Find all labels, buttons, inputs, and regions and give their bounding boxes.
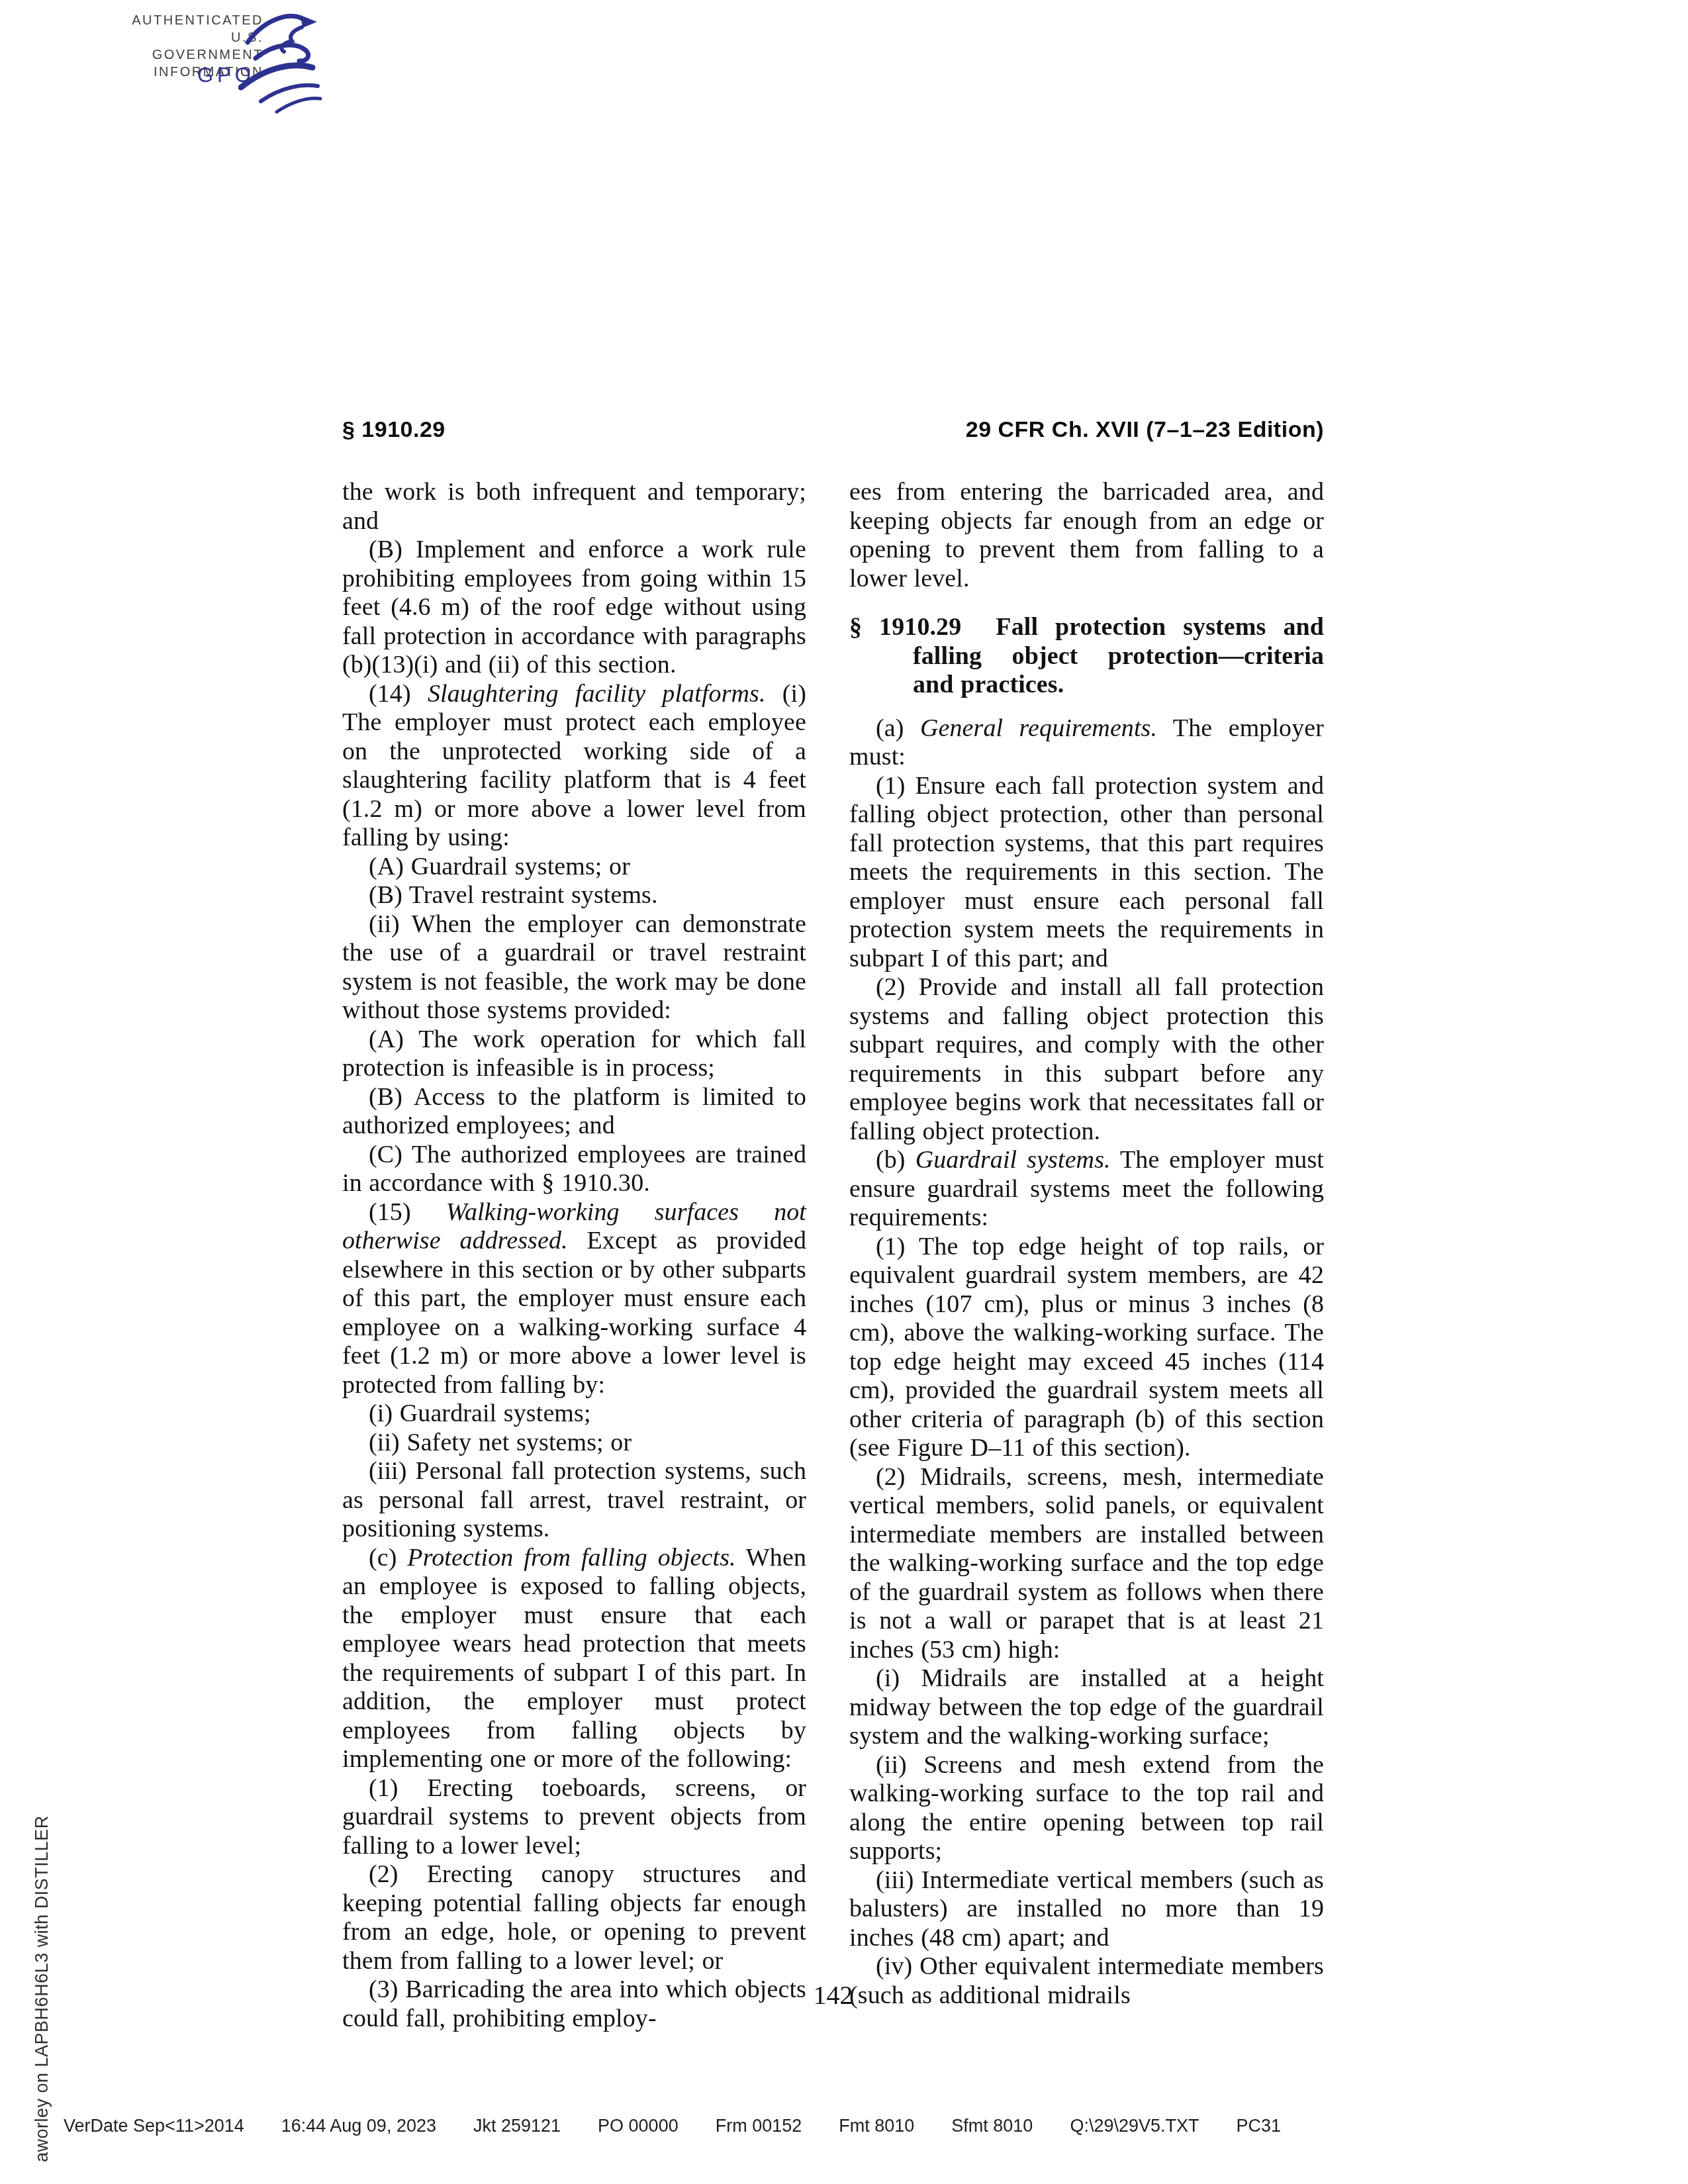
footer-item: Fmt 8010 (839, 2116, 914, 2136)
running-header: § 1910.29 29 CFR Ch. XVII (7–1–23 Editio… (342, 417, 1324, 443)
paragraph: (ii) Safety net systems; or (342, 1429, 806, 1458)
footer-item: PC31 (1236, 2116, 1281, 2136)
running-header-section: § 1910.29 (342, 417, 445, 443)
paragraph: (A) The work operation for which fall pr… (342, 1025, 806, 1083)
text-run: (A) Guardrail systems; or (369, 853, 630, 880)
text-run: (A) The work operation for which fall pr… (342, 1025, 806, 1082)
paragraph: (iii) Intermediate vertical members (suc… (849, 1866, 1324, 1953)
paragraph: (i) Guardrail systems; (342, 1400, 806, 1429)
footer-imprint: VerDate Sep<11>201416:44 Aug 09, 2023Jkt… (64, 2116, 1281, 2136)
text-run: (2) Midrails, screens, mesh, intermediat… (849, 1463, 1324, 1664)
running-header-edition: 29 CFR Ch. XVII (7–1–23 Edition) (966, 417, 1324, 443)
text-run: (B) Access to the platform is limited to… (342, 1083, 806, 1140)
paragraph: (14) Slaughtering facility platforms. (i… (342, 680, 806, 853)
right-column: ees from entering the barricaded area, a… (849, 478, 1324, 2033)
sidebar-vertical-text: aworley on LAPBH6H6L3 with DISTILLER (32, 1815, 52, 2162)
paragraph: (2) Provide and install all fall protect… (849, 973, 1324, 1146)
text-run: (14) (369, 680, 428, 708)
paragraph: (a) General requirements. The employer m… (849, 714, 1324, 772)
paragraph: (B) Travel restraint systems. (342, 881, 806, 910)
paragraph: (i) Midrails are installed at a height m… (849, 1664, 1324, 1751)
text-run: (c) (369, 1544, 407, 1572)
paragraph: (iii) Personal fall protection systems, … (342, 1457, 806, 1544)
paragraph: (1) The top edge height of top rails, or… (849, 1233, 1324, 1463)
text-run: (ii) When the employer can demonstrate t… (342, 910, 806, 1025)
italic-run: Slaughtering facility platforms. (428, 680, 766, 708)
footer-item: 16:44 Aug 09, 2023 (281, 2116, 436, 2136)
text-run: (iii) Personal fall protection systems, … (342, 1457, 806, 1543)
paragraph: (B) Access to the platform is limited to… (342, 1083, 806, 1141)
paragraph: (15) Walking-working surfaces not otherw… (342, 1198, 806, 1400)
paragraph: (1) Erecting toeboards, screens, or guar… (342, 1774, 806, 1861)
gpo-logo: AUTHENTICATED U.S. GOVERNMENT INFORMATIO… (119, 8, 331, 111)
text-run: (ii) Screens and mesh extend from the wa… (849, 1751, 1324, 1866)
footer-item: Q:\29\29V5.TXT (1070, 2116, 1199, 2136)
gpo-eagle-icon (238, 8, 324, 114)
text-run: the work is both infrequent and temporar… (342, 478, 806, 535)
paragraph: (2) Midrails, screens, mesh, intermediat… (849, 1463, 1324, 1665)
paragraph: (1) Ensure each fall protection system a… (849, 772, 1324, 974)
paragraph: (ii) When the employer can demonstrate t… (342, 910, 806, 1025)
text-run: (iii) Intermediate vertical members (suc… (849, 1866, 1324, 1952)
paragraph: (A) Guardrail systems; or (342, 853, 806, 882)
text-run: § 1910.29 Fall protection systems and fa… (849, 613, 1324, 698)
text-run: (b) (876, 1146, 915, 1174)
text-run: (1) The top edge height of top rails, or… (849, 1233, 1324, 1462)
left-column: the work is both infrequent and temporar… (342, 478, 806, 2033)
text-run: (B) Travel restraint systems. (369, 881, 658, 909)
text-run: When an employee is exposed to falling o… (342, 1544, 806, 1774)
paragraph: the work is both infrequent and temporar… (342, 478, 806, 536)
footer-item: PO 00000 (598, 2116, 679, 2136)
footer-item: Sfmt 8010 (951, 2116, 1033, 2136)
paragraph: (C) The authorized employees are trained… (342, 1141, 806, 1198)
text-run: (ii) Safety net systems; or (369, 1429, 632, 1456)
paragraph: (2) Erecting canopy structures and keepi… (342, 1860, 806, 1975)
page-number: 142 (342, 1979, 1324, 2011)
paragraph: (c) Protection from falling objects. Whe… (342, 1544, 806, 1774)
text-run: (1) Erecting toeboards, screens, or guar… (342, 1774, 806, 1860)
body-columns: the work is both infrequent and temporar… (342, 478, 1324, 2033)
cfr-document-page: AUTHENTICATED U.S. GOVERNMENT INFORMATIO… (0, 0, 1688, 2184)
footer-item: Frm 00152 (716, 2116, 802, 2136)
text-run: (i) Midrails are installed at a height m… (849, 1664, 1324, 1750)
footer-item: VerDate Sep<11>2014 (64, 2116, 244, 2136)
text-run: ees from entering the barricaded area, a… (849, 478, 1324, 593)
paragraph: ees from entering the barricaded area, a… (849, 478, 1324, 593)
text-run: (a) (876, 714, 920, 742)
section-heading: § 1910.29 Fall protection systems and fa… (849, 613, 1324, 700)
text-run: (15) (369, 1198, 446, 1226)
paragraph: (ii) Screens and mesh extend from the wa… (849, 1751, 1324, 1866)
italic-run: Guardrail systems. (915, 1146, 1111, 1174)
paragraph: (B) Implement and enforce a work rule pr… (342, 536, 806, 680)
italic-run: General requirements. (920, 714, 1157, 742)
footer-item: Jkt 259121 (473, 2116, 561, 2136)
paragraph: (b) Guardrail systems. The employer must… (849, 1146, 1324, 1233)
text-run: (1) Ensure each fall protection system a… (849, 772, 1324, 973)
text-run: (i) Guardrail systems; (369, 1400, 591, 1427)
text-run: (C) The authorized employees are trained… (342, 1141, 806, 1198)
text-run: (2) Erecting canopy structures and keepi… (342, 1860, 806, 1975)
text-run: (2) Provide and install all fall protect… (849, 973, 1324, 1145)
italic-run: Protection from falling objects. (407, 1544, 735, 1572)
text-run: (B) Implement and enforce a work rule pr… (342, 536, 806, 679)
